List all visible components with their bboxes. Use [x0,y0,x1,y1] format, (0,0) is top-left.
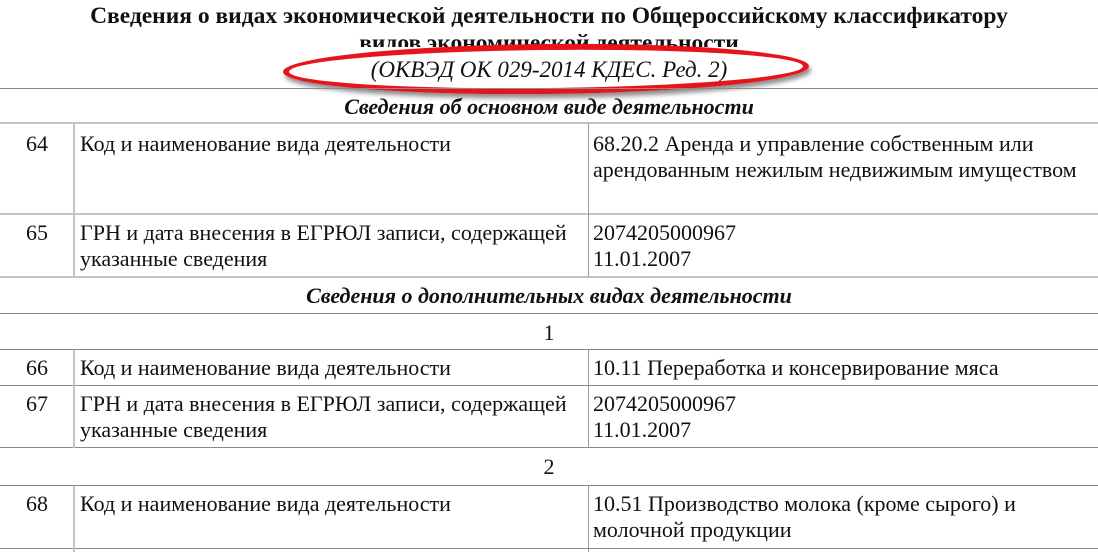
row-label: ГРН и дата внесения в ЕГРЮЛ записи, соде… [80,220,585,272]
row-label: Код и наименование вида деятельности [80,131,585,157]
column-divider [73,486,75,552]
divider [0,385,1098,386]
row-value: 10.51 Производство молока (кроме сырого)… [593,491,1098,543]
divider [0,548,1098,549]
divider [0,213,1098,215]
title-line-1: Сведения о видах экономической деятельно… [0,2,1098,30]
divider [0,447,1098,448]
divider [0,349,1098,350]
divider [0,313,1098,314]
column-divider [588,486,589,552]
row-value: 2074205000967 11.01.2007 [593,391,1098,443]
row-number: 67 [0,391,74,417]
row-number: 68 [0,491,74,517]
column-divider [588,350,589,448]
row-number: 65 [0,220,74,246]
divider [0,485,1098,486]
row-number: 66 [0,355,74,381]
row-label: ГРН и дата внесения в ЕГРЮЛ записи, соде… [80,391,585,443]
divider [0,276,1098,278]
column-divider [73,350,75,448]
row-label: Код и наименование вида деятельности [80,491,585,517]
divider [0,88,1098,89]
column-divider [588,123,589,277]
group-index: 1 [0,320,1098,346]
section-main-activity: Сведения об основном виде деятельности [0,94,1098,120]
document-title: Сведения о видах экономической деятельно… [0,2,1098,30]
row-label: Код и наименование вида деятельности [80,355,585,381]
section-additional-activities: Сведения о дополнительных видах деятельн… [0,283,1098,309]
row-value: 68.20.2 Аренда и управление собственным … [593,131,1098,183]
divider [0,122,1098,124]
column-divider [73,123,75,277]
row-value: 2074205000967 11.01.2007 [593,220,1098,272]
row-number: 64 [0,131,74,157]
row-value: 10.11 Переработка и консервирование мяса [593,355,1098,381]
group-index: 2 [0,454,1098,480]
